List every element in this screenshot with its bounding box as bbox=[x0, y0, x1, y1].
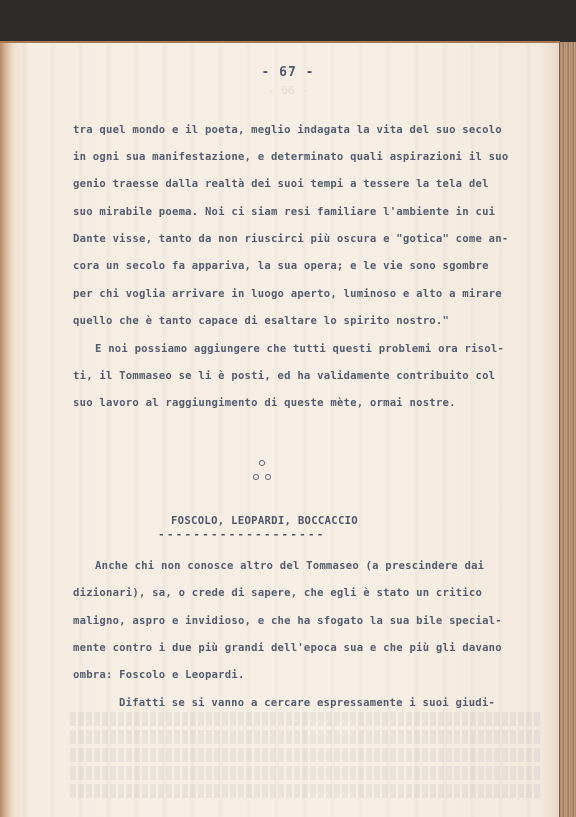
text-line: ti, il Tommaseo se li è posti, ed ha val… bbox=[73, 370, 495, 382]
text-line: E noi possiamo aggiungere che tutti ques… bbox=[95, 343, 504, 355]
text-line: dizionari), sa, o crede di sapere, che e… bbox=[73, 587, 482, 599]
text-line: in ogni sua manifestazione, e determinat… bbox=[73, 151, 508, 163]
bleed-through-page-number: - 66 - bbox=[250, 84, 326, 97]
text-line: genio traesse dalla realtà dei suoi temp… bbox=[73, 178, 489, 190]
text-line: tra quel mondo e il poeta, meglio indaga… bbox=[73, 124, 502, 136]
text-line: Dante visse, tanto da non riuscirci più … bbox=[73, 233, 508, 245]
page-number: - 67 - bbox=[250, 65, 326, 80]
bleed-through-text bbox=[70, 712, 540, 802]
text-line: cora un secolo fa appariva, la sua opera… bbox=[73, 260, 489, 272]
text-line: maligno, aspro e invidioso, e che ha sfo… bbox=[73, 615, 502, 627]
text-line: quello che è tanto capace di esaltare lo… bbox=[73, 315, 449, 327]
text-line: mente contro i due più grandi dell'epoca… bbox=[73, 642, 502, 654]
section-heading: FOSCOLO, LEOPARDI, BOCCACCIO bbox=[171, 515, 358, 527]
separator-dot bbox=[259, 460, 265, 466]
text-line: per chi voglia arrivare in luogo aperto,… bbox=[73, 288, 502, 300]
text-line: ombra: Foscolo e Leopardi. bbox=[73, 669, 245, 681]
heading-underline: ------------------- bbox=[158, 528, 326, 541]
separator-dot bbox=[265, 474, 271, 480]
text-line: Difatti se si vanno a cercare espressame… bbox=[119, 697, 495, 709]
separator-dot bbox=[253, 474, 259, 480]
text-line: suo mirabile poema. Noi ci siam resi fam… bbox=[73, 206, 495, 218]
typewritten-text: - 67 - - 66 - tra quel mondo e il poeta,… bbox=[0, 0, 576, 817]
text-line: suo lavoro al raggiungimento di queste m… bbox=[73, 397, 456, 409]
text-line: Anche chi non conosce altro del Tommaseo… bbox=[95, 560, 484, 572]
scanned-page: - 67 - - 66 - tra quel mondo e il poeta,… bbox=[0, 0, 576, 817]
